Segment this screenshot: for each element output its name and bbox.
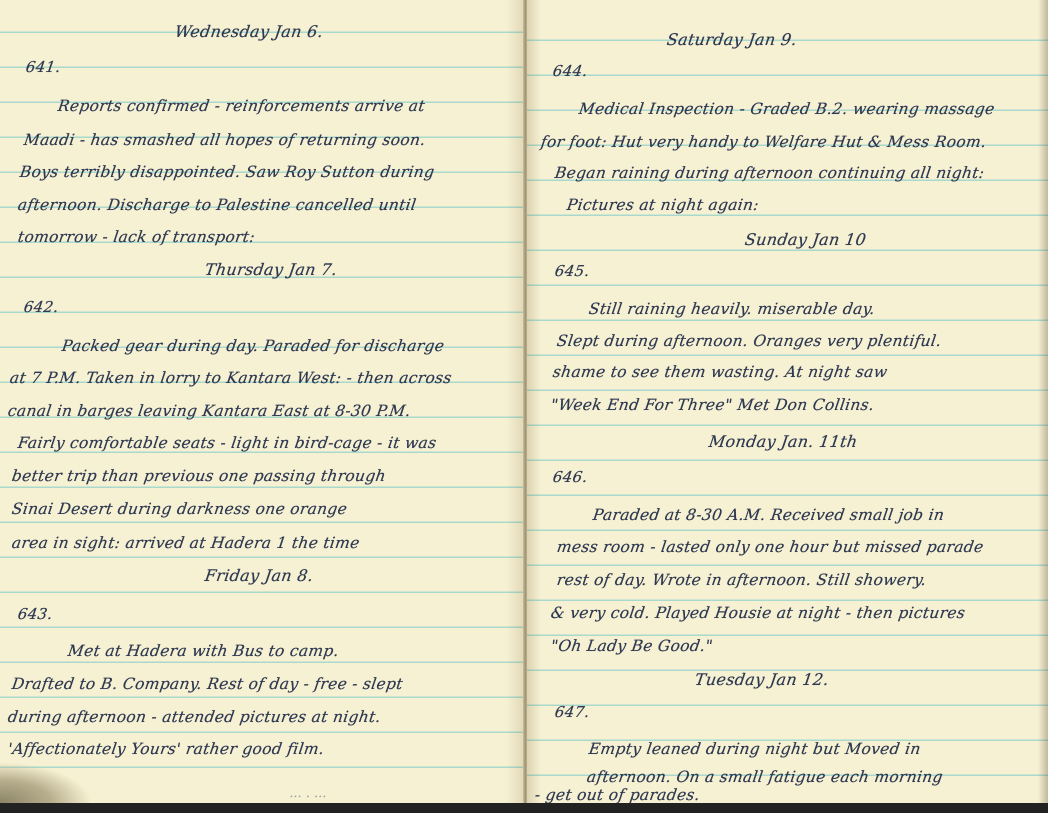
entry-date-jan6: Wednesday Jan 6. [174, 22, 325, 41]
entry-line: mess room - lasted only one hour but mis… [556, 538, 985, 556]
bottom-margin-text: ... . ... [289, 786, 328, 800]
entry-number-641: 641. [25, 58, 62, 76]
entry-line: Began raining during afternoon continuin… [554, 164, 986, 182]
entry-line: Medical Inspection - Graded B.2. wearing… [578, 100, 996, 118]
entry-number-642: 642. [23, 298, 60, 316]
entry-line: Drafted to B. Company. Rest of day - fre… [11, 675, 404, 693]
entry-line: 'Affectionately Yours' rather good film. [7, 740, 326, 758]
entry-line: afternoon. Discharge to Palestine cancel… [17, 196, 418, 214]
entry-line: shame to see them wasting. At night saw [552, 363, 889, 381]
entry-number-643: 643. [17, 605, 54, 623]
entry-line: Packed gear during day. Paraded for disc… [61, 337, 446, 355]
entry-number-647: 647. [554, 703, 591, 721]
entry-number-644: 644. [552, 62, 589, 80]
entry-line: rest of day. Wrote in afternoon. Still s… [556, 571, 928, 589]
entry-line: canal in barges leaving Kantara East at … [7, 402, 412, 420]
entry-line: Fairly comfortable seats - light in bird… [17, 434, 438, 452]
entry-line: Empty leaned during night but Moved in [588, 740, 922, 758]
entry-line: "Week End For Three" Met Don Collins. [550, 396, 876, 414]
entry-number-646: 646. [552, 468, 589, 486]
entry-date-jan9: Saturday Jan 9. [666, 30, 799, 49]
entry-date-jan7: Thursday Jan 7. [204, 260, 339, 279]
entry-date-jan10: Sunday Jan 10 [744, 230, 868, 249]
entry-line: during afternoon - attended pictures at … [7, 708, 382, 726]
entry-line: Boys terribly disappointed. Saw Roy Sutt… [19, 163, 436, 181]
entry-date-jan12: Tuesday Jan 12. [694, 670, 831, 689]
entry-line: Met at Hadera with Bus to camp. [67, 642, 340, 660]
left-page: Wednesday Jan 6. 641. Reports confirmed … [0, 0, 524, 803]
entry-line: Still raining heavily. miserable day. [588, 300, 876, 318]
entry-date-jan8: Friday Jan 8. [204, 566, 315, 585]
entry-line: Maadi - has smashed all hopes of returni… [23, 131, 427, 149]
entry-line: better trip than previous one passing th… [11, 467, 387, 485]
entry-date-jan11: Monday Jan. 11th [708, 432, 859, 451]
entry-line: area in sight: arrived at Hadera 1 the t… [11, 534, 361, 552]
entry-line: Slept during afternoon. Oranges very ple… [556, 332, 943, 350]
entry-line: - get out of parades. [534, 786, 702, 803]
entry-number-645: 645. [554, 262, 591, 280]
entry-line: afternoon. On a small fatigue each morni… [586, 768, 944, 786]
entry-line: at 7 P.M. Taken in lorry to Kantara West… [9, 369, 453, 387]
entry-line: Sinai Desert during darkness one orange [11, 500, 349, 518]
scan-bottom-edge [0, 803, 1048, 813]
notebook-spread: Wednesday Jan 6. 641. Reports confirmed … [0, 0, 1048, 803]
entry-line: Paraded at 8-30 A.M. Received small job … [592, 506, 946, 524]
entry-line: Reports confirmed - reinforcements arriv… [57, 97, 426, 115]
entry-line: & very cold. Played Housie at night - th… [550, 604, 967, 622]
entry-line: "Oh Lady Be Good." [550, 637, 714, 655]
entry-line: tomorrow - lack of transport: [17, 228, 256, 246]
entry-line: for foot: Hut very handy to Welfare Hut … [540, 133, 988, 151]
entry-line: Pictures at night again: [566, 196, 760, 214]
page-corner-curl [0, 763, 90, 803]
right-page: Saturday Jan 9. 644. Medical Inspection … [527, 0, 1048, 803]
